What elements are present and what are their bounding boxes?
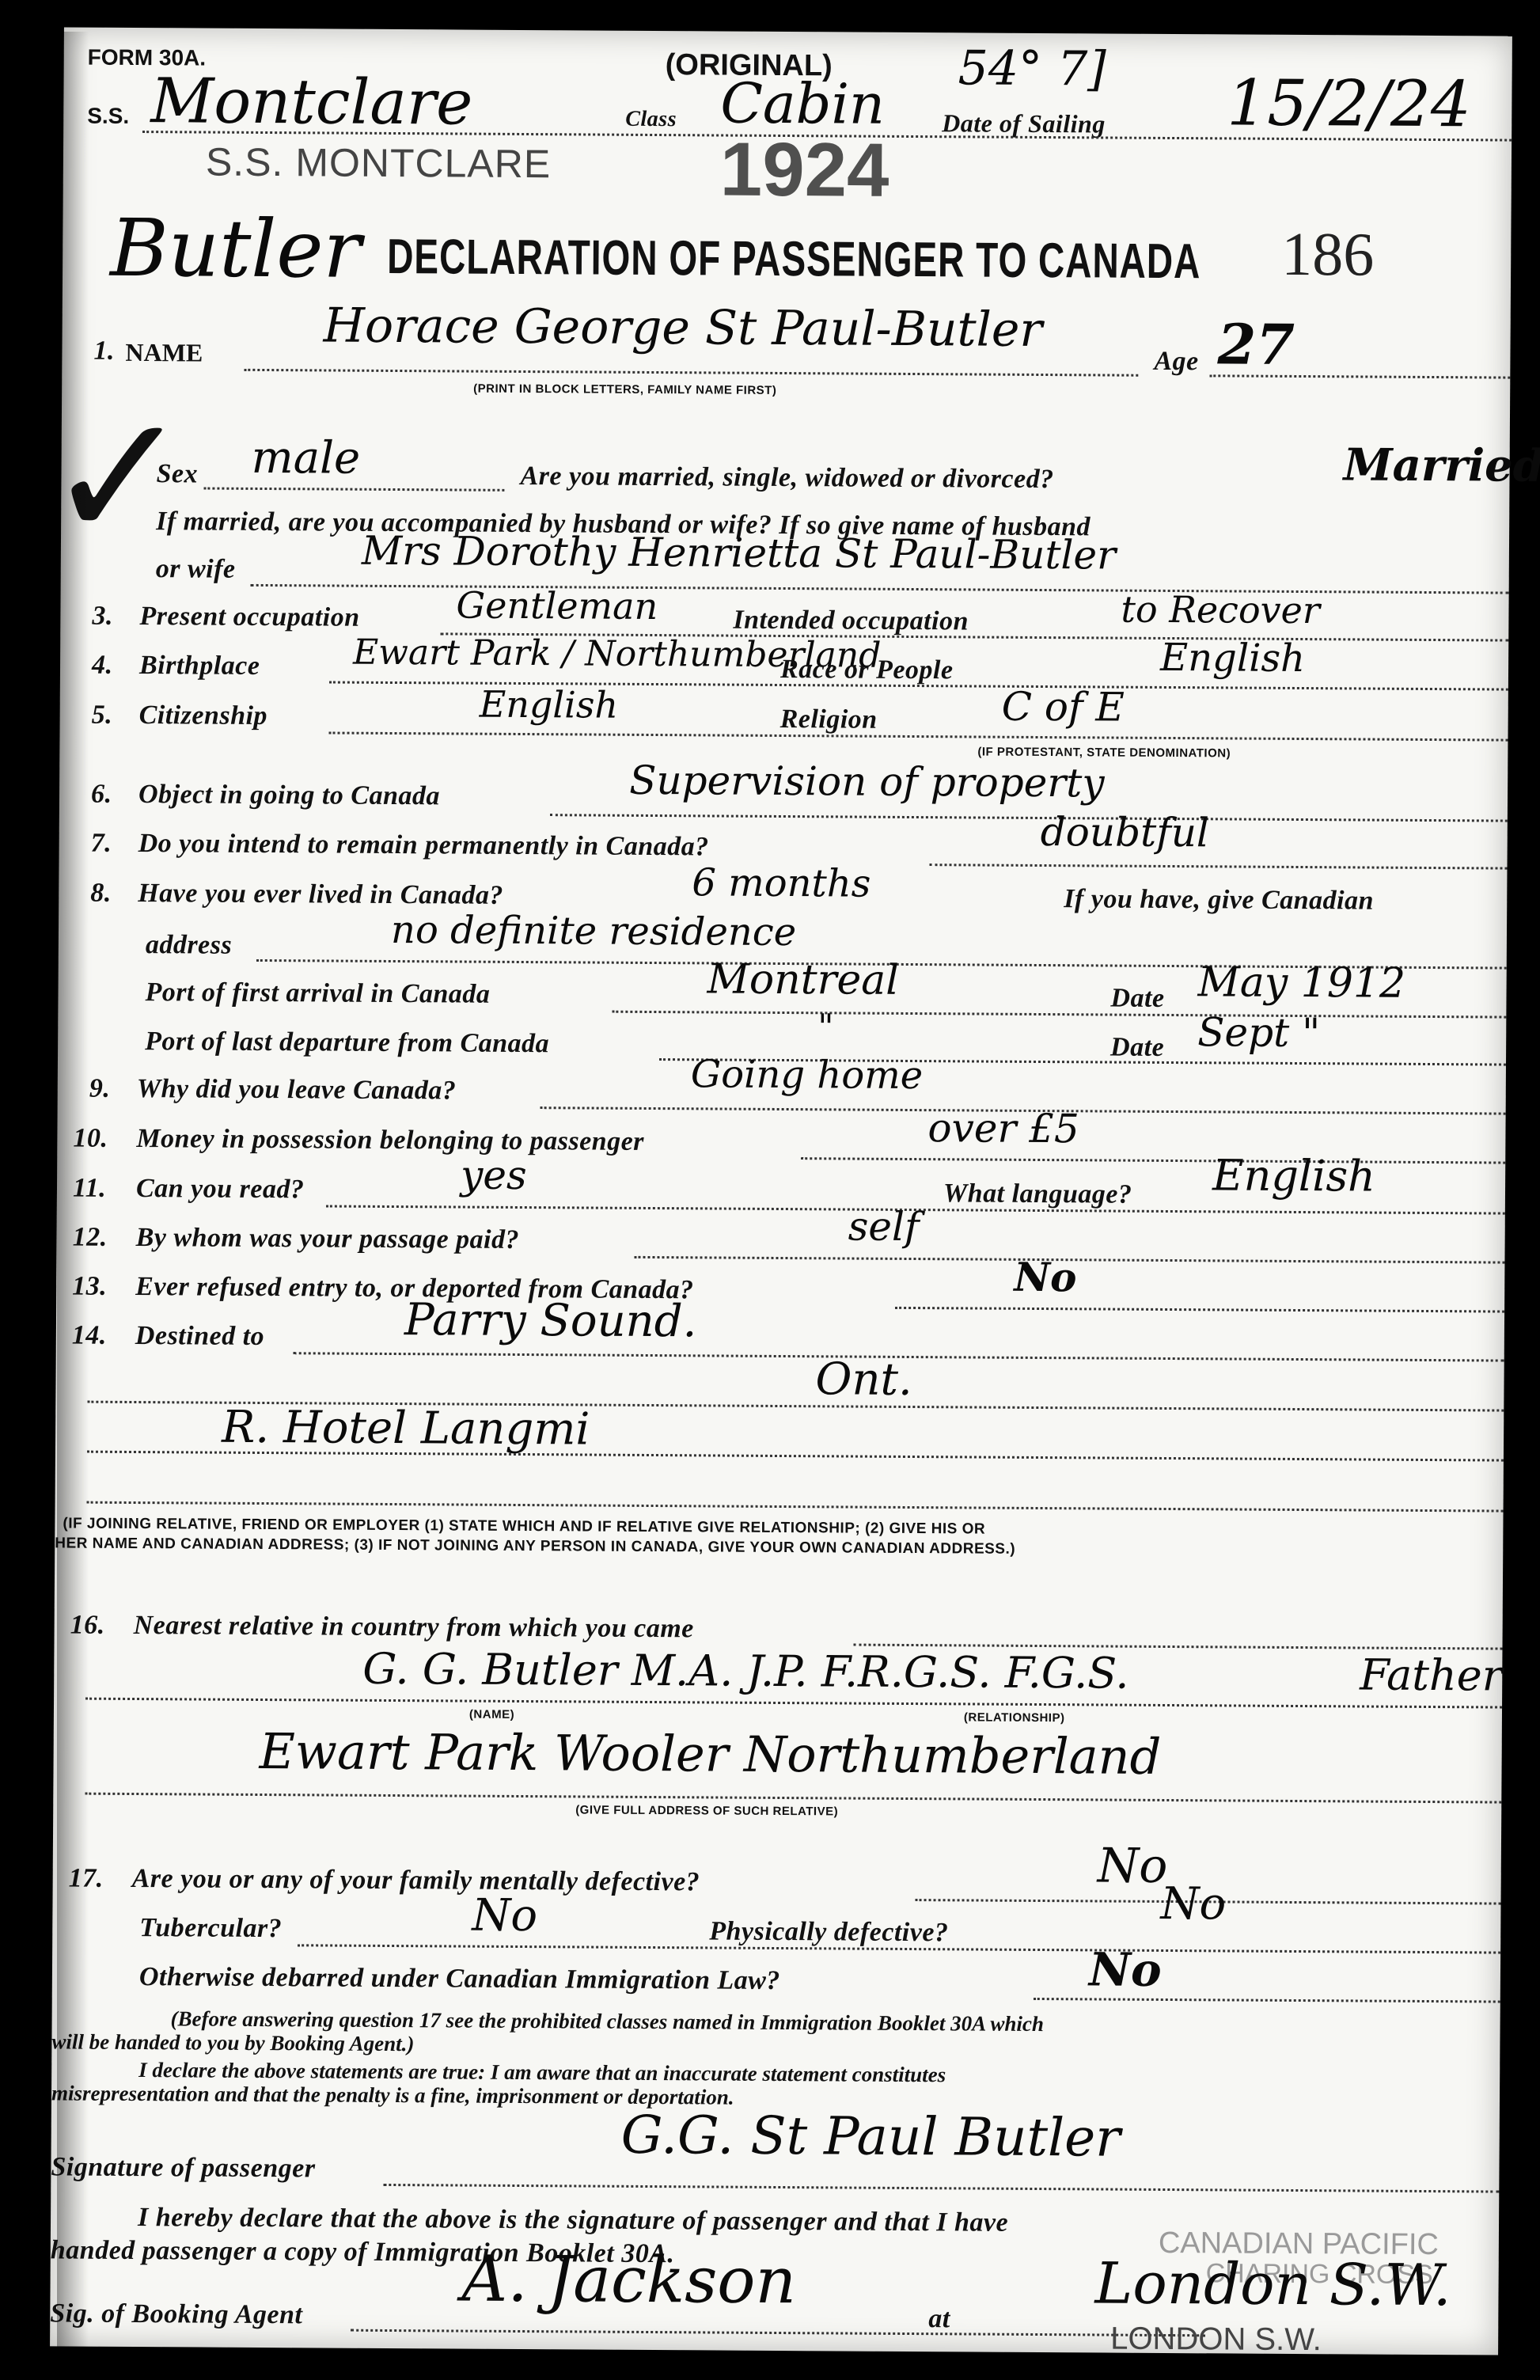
marital-label: Are you married, single, widowed or divo… xyxy=(520,461,1053,495)
religion-label: Religion xyxy=(780,704,878,735)
debarred-label: Otherwise debarred under Canadian Immigr… xyxy=(139,1962,780,1996)
passage-value: self xyxy=(848,1204,920,1251)
form-title: DECLARATION OF PASSENGER TO CANADA xyxy=(387,227,1201,290)
first-date-label: Date xyxy=(1110,984,1164,1014)
intended-occupation-value: to Recover xyxy=(1121,588,1320,632)
class-label: Class xyxy=(625,107,677,132)
spouse-label: or wife xyxy=(156,554,236,585)
relative-relationship-value: Father xyxy=(1360,1649,1503,1700)
ship-value: Montclare xyxy=(150,66,473,139)
reference-handwritten: 54° 7] xyxy=(958,40,1106,97)
address-label: address xyxy=(146,930,233,961)
sex-label: Sex xyxy=(156,459,198,489)
agent-declaration-line1: I hereby declare that the above is the s… xyxy=(138,2203,1008,2238)
at-label: at xyxy=(928,2304,950,2334)
destined-value-line3: R. Hotel Langmi xyxy=(222,1402,590,1456)
passenger-signature: G.G. St Paul Butler xyxy=(620,2105,1120,2169)
relationship-caption: (RELATIONSHIP) xyxy=(964,1710,1065,1725)
q7-number: 7. xyxy=(91,829,112,859)
object-value: Supervision of property xyxy=(629,757,1105,807)
scan-edge-shadow xyxy=(57,32,89,2351)
refused-value: No xyxy=(1014,1254,1076,1300)
destined-label: Destined to xyxy=(135,1321,264,1352)
religion-value: C of E xyxy=(1002,684,1125,731)
language-value: English xyxy=(1212,1150,1375,1201)
first-date-value: May 1912 xyxy=(1197,958,1405,1008)
spouse-value: Mrs Dorothy Henrietta St Paul-Butler xyxy=(362,528,1116,579)
q8-number: 8. xyxy=(90,879,112,909)
lived-value: 6 months xyxy=(692,860,871,905)
last-date-value: Sept " xyxy=(1197,1009,1320,1056)
destined-instruction-line1: (IF JOINING RELATIVE, FRIEND OR EMPLOYER… xyxy=(63,1515,985,1538)
first-port-label: Port of first arrival in Canada xyxy=(145,977,490,1010)
ship-label: S.S. xyxy=(87,104,129,129)
marital-value: Married xyxy=(1343,438,1540,492)
question17-note-line2: will be handed to you by Booking Agent.) xyxy=(51,2029,414,2056)
q1-number: 1. xyxy=(93,336,115,366)
language-label: What language? xyxy=(943,1179,1132,1209)
mental-value: No xyxy=(1098,1838,1168,1894)
q6-number: 6. xyxy=(91,780,112,810)
last-port-label: Port of last departure from Canada xyxy=(145,1027,549,1059)
relative-name-value: G. G. Butler M.A. J.P. F.R.G.S. F.G.S. xyxy=(362,1644,1129,1699)
citizenship-label: Citizenship xyxy=(139,700,268,731)
destined-value-line2: Ont. xyxy=(815,1353,912,1406)
name-caption: (NAME) xyxy=(469,1708,514,1721)
relative-address-value: Ewart Park Wooler Northumberland xyxy=(259,1722,1161,1786)
tubercular-label: Tubercular? xyxy=(139,1913,282,1944)
surname-annotation: Butler xyxy=(110,202,362,296)
physical-label: Physically defective? xyxy=(709,1916,948,1948)
first-port-value: Montreal xyxy=(707,955,899,1004)
tubercular-value: No xyxy=(472,1890,537,1942)
address-value: no definite residence xyxy=(391,908,796,955)
race-value: English xyxy=(1160,636,1305,681)
q9-number: 9. xyxy=(89,1074,111,1104)
object-label: Object in going to Canada xyxy=(138,780,440,811)
agent-location-value: London S.W. xyxy=(1094,2249,1451,2318)
mental-label: Are you or any of your family mentally d… xyxy=(132,1864,700,1897)
read-value: yes xyxy=(461,1152,527,1199)
address-caption: (GIVE FULL ADDRESS OF SUCH RELATIVE) xyxy=(575,1803,838,1818)
race-label: Race or People xyxy=(780,655,954,685)
sex-value: male xyxy=(251,432,360,484)
lived-label: Have you ever lived in Canada? xyxy=(138,879,503,911)
physical-value: No xyxy=(1160,1878,1226,1930)
occupation-value: Gentleman xyxy=(456,583,658,628)
passage-label: By whom was your passage paid? xyxy=(136,1223,520,1255)
q5-number: 5. xyxy=(92,700,113,731)
religion-instruction: (IF PROTESTANT, STATE DENOMINATION) xyxy=(977,746,1231,761)
last-date-label: Date xyxy=(1110,1033,1164,1063)
debarred-value: No xyxy=(1089,1942,1162,1997)
passenger-signature-label: Signature of passenger xyxy=(51,2152,315,2184)
q1-label: NAME xyxy=(125,338,203,368)
booking-agent-signature: A. Jackson xyxy=(461,2242,796,2318)
money-value: over £5 xyxy=(927,1105,1079,1152)
date-of-sailing-label: Date of Sailing xyxy=(942,108,1106,139)
ship-stamp: S.S. MONTCLARE xyxy=(206,139,552,188)
last-port-value: " xyxy=(817,1007,834,1047)
read-label: Can you read? xyxy=(136,1174,305,1205)
leave-label: Why did you leave Canada? xyxy=(137,1074,457,1106)
remain-value: doubtful xyxy=(1041,809,1209,856)
year-stamp: 1924 xyxy=(720,127,889,214)
birthplace-label: Birthplace xyxy=(139,651,260,681)
age-value: 27 xyxy=(1217,311,1295,378)
q4-number: 4. xyxy=(92,651,113,681)
name-value: Horace George St Paul-Butler xyxy=(323,298,1042,358)
stamp-line3: LONDON S.W. xyxy=(1110,2321,1322,2359)
date-of-sailing-value: 15/2/24 xyxy=(1227,66,1471,141)
money-label: Money in possession belonging to passeng… xyxy=(136,1124,644,1157)
relative-label: Nearest relative in country from which y… xyxy=(134,1611,694,1644)
leave-value: Going home xyxy=(691,1052,924,1098)
destined-instruction-line2: HER NAME AND CANADIAN ADDRESS; (3) IF NO… xyxy=(55,1535,1015,1558)
address-prompt: If you have, give Canadian xyxy=(1064,884,1374,916)
remain-label: Do you intend to remain permanently in C… xyxy=(138,829,709,862)
q3-number: 3. xyxy=(92,602,113,632)
occupation-label: Present occupation xyxy=(139,602,359,633)
citizenship-value: English xyxy=(480,683,619,727)
name-instruction: (PRINT IN BLOCK LETTERS, FAMILY NAME FIR… xyxy=(473,382,776,397)
intended-occupation-label: Intended occupation xyxy=(733,605,969,637)
age-label: Age xyxy=(1154,347,1199,377)
destined-value: Parry Sound. xyxy=(404,1294,697,1347)
form-paper: FORM 30A. (ORIGINAL) 54° 7] S.S. Montcla… xyxy=(50,27,1512,2355)
sheet-number: 186 xyxy=(1281,218,1375,290)
